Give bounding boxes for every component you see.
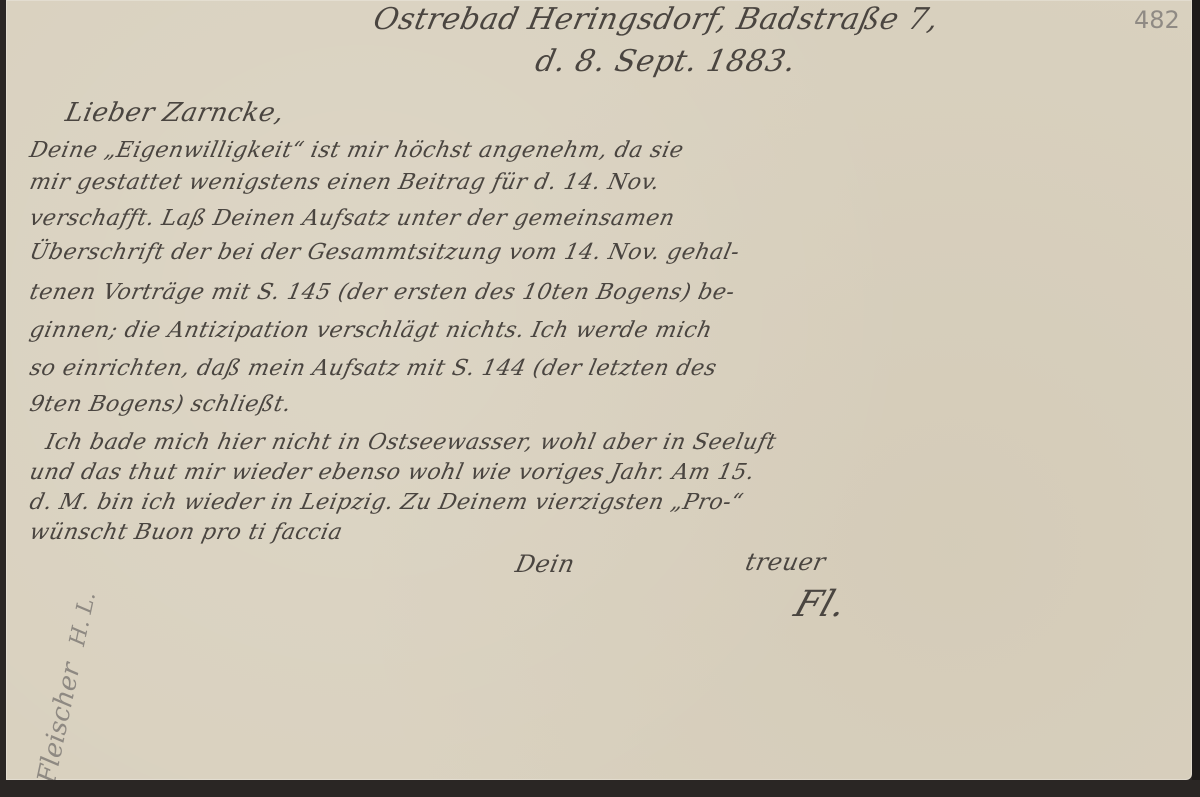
archive-number: 482 xyxy=(1134,6,1180,34)
signature: Fl. xyxy=(789,584,852,625)
pencil-annotation-name: Fleischer xyxy=(32,660,87,786)
closing-treuer: treuer xyxy=(743,548,828,576)
postcard-paper: Ostrebad Heringsdorf, Badstraße 7, d. 8.… xyxy=(6,0,1192,780)
body-line-7: so einrichten, daß mein Aufsatz mit S. 1… xyxy=(27,356,719,381)
salutation: Lieber Zarncke, xyxy=(63,98,287,128)
body-line-12: wünscht Buon pro ti faccia xyxy=(27,520,345,545)
body-line-2: mir gestattet wenigstens einen Beitrag f… xyxy=(27,170,662,195)
body-line-1: Deine „Eigenwilligkeit“ ist mir höchst a… xyxy=(27,138,686,163)
body-line-6: ginnen; die Antizipation verschlägt nich… xyxy=(27,318,714,343)
scan-border-bottom xyxy=(0,780,1200,797)
header-date: d. 8. Sept. 1883. xyxy=(532,44,799,79)
body-line-8: 9ten Bogens) schließt. xyxy=(27,392,293,417)
body-line-5: tenen Vorträge mit S. 145 (der ersten de… xyxy=(27,280,737,305)
body-line-11: d. M. bin ich wieder in Leipzig. Zu Dein… xyxy=(27,490,745,515)
body-line-3: verschafft. Laß Deinen Aufsatz unter der… xyxy=(27,206,677,231)
scan-border-right xyxy=(1192,0,1200,797)
pencil-annotation-initials: H. L. xyxy=(65,590,101,649)
pencil-annotation: Fleischer H. L. xyxy=(32,589,102,787)
body-line-4: Überschrift der bei der Gesammtsitzung v… xyxy=(27,240,742,265)
body-line-10: und das thut mir wieder ebenso wohl wie … xyxy=(27,460,757,485)
closing-dein: Dein xyxy=(513,550,578,578)
header-place: Ostrebad Heringsdorf, Badstraße 7, xyxy=(370,2,942,37)
body-line-9: Ich bade mich hier nicht in Ostseewasser… xyxy=(43,430,778,455)
